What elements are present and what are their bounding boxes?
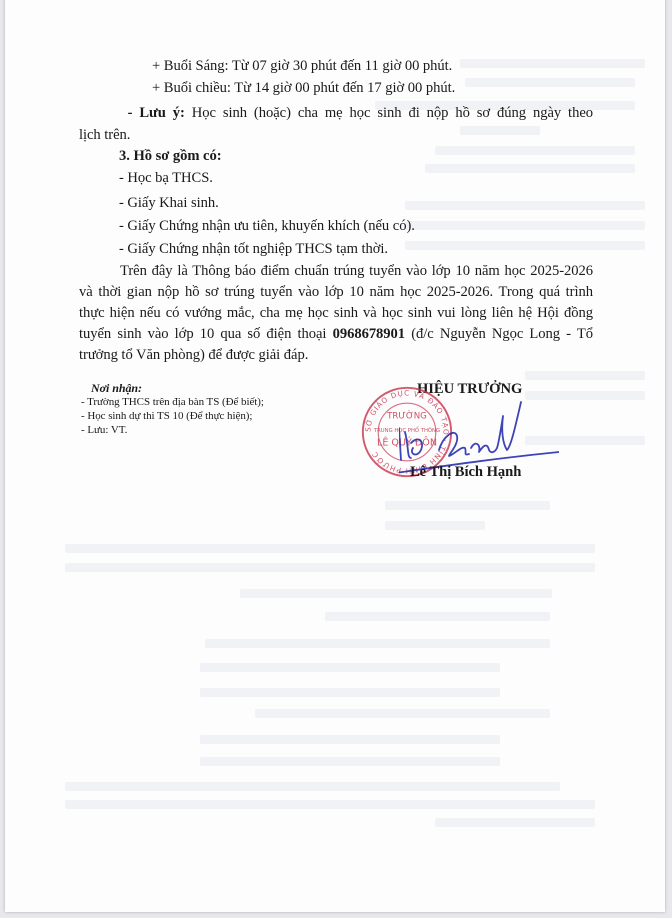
schedule-morning: + Buổi Sáng: Từ 07 giờ 30 phút đến 11 gi… <box>152 56 452 77</box>
document-page: + Buổi Sáng: Từ 07 giờ 30 phút đến 11 gi… <box>5 0 665 912</box>
closing-line: Trên đây là Thông báo điểm chuẩn trúng t… <box>120 261 593 282</box>
note-text: Học sinh (hoặc) cha mẹ học sinh đi nộp h… <box>185 105 593 121</box>
contact-phone: 0968678901 <box>333 326 405 342</box>
closing-line-phone: tuyển sinh vào lớp 10 qua số điện thoại … <box>79 324 593 345</box>
note-line-2: lịch trên. <box>79 125 130 146</box>
closing-line: thực hiện nếu có vướng mắc, cha mẹ học s… <box>79 303 593 324</box>
required-doc-item: - Giấy Chứng nhận tốt nghiệp THCS tạm th… <box>119 239 388 260</box>
closing-line: và thời gian nộp hồ sơ trúng tuyển vào l… <box>79 282 593 303</box>
closing-line: trưởng tổ Văn phòng) để được giải đáp. <box>79 345 308 366</box>
recipients-heading: Nơi nhận: <box>91 382 142 396</box>
closing-text: tuyển sinh vào lớp 10 qua số điện thoại <box>79 326 333 342</box>
note-label: - Lưu ý: <box>128 105 185 121</box>
section-3-heading: 3. Hồ sơ gồm có: <box>119 146 222 167</box>
closing-text: (đ/c Nguyễn Ngọc Long - Tổ <box>405 326 593 342</box>
signer-name: Lê Thị Bích Hạnh <box>410 462 521 483</box>
recipient-item: - Lưu: VT. <box>81 424 127 438</box>
recipient-item: - Học sinh dự thi TS 10 (Để thực hiện); <box>81 410 252 424</box>
required-doc-item: - Giấy Chứng nhận ưu tiên, khuyến khích … <box>119 216 415 237</box>
required-doc-item: - Giấy Khai sinh. <box>119 193 219 214</box>
note-line: - Lưu ý: Học sinh (hoặc) cha mẹ học sinh… <box>79 103 593 124</box>
recipient-item: - Trường THCS trên địa bàn TS (Để biết); <box>81 396 264 410</box>
schedule-afternoon: + Buổi chiều: Từ 14 giờ 00 phút đến 17 g… <box>152 78 455 99</box>
required-doc-item: - Học bạ THCS. <box>119 168 213 189</box>
